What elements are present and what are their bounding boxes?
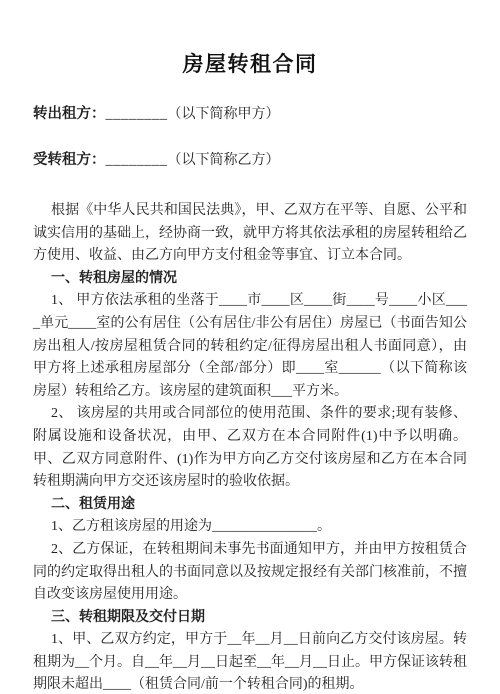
party-line-lessor: 转出租方：________（以下简称甲方）: [33, 104, 467, 125]
section-heading-3: 三、转租期限及交付日期: [33, 607, 467, 630]
page-number: 2: [0, 655, 500, 667]
contract-paragraph: 1、 甲方依法承租的坐落于____市____区____街____号____小区_…: [33, 290, 467, 403]
party-lessor-note: （以下简称甲方）: [168, 107, 280, 122]
contract-paragraph: 2、 该房屋的共用或合同部位的使用范围、条件的要求;现有装修、附属设施和设备状况…: [33, 403, 467, 493]
party-lessee-blank-line: ________: [106, 152, 168, 168]
party-lessee-note: （以下简称乙方）: [168, 153, 280, 168]
document-title: 房屋转租合同: [33, 52, 467, 78]
preamble-paragraph: 根据《中华人民共和国民法典》，甲、乙双方在平等、自愿、公平和诚实信用的基础上，经…: [33, 200, 467, 268]
section-heading-2: 二、租赁用途: [33, 494, 467, 517]
party-line-lessee: 受转租方：________（以下简称乙方）: [33, 150, 467, 171]
contract-page: 房屋转租合同 转出租方：________（以下简称甲方） 受转租方：______…: [0, 0, 500, 694]
party-lessor-blank-line: ________: [106, 106, 168, 122]
section-heading-1: 一、转租房屋的情况: [33, 268, 467, 291]
contract-paragraph: 2、乙方保证，在转租期间未事先书面通知甲方，并由甲方按租赁合同的约定取得出租人的…: [33, 539, 467, 607]
party-lessee-label: 受转租方：: [33, 152, 106, 168]
party-lessor-label: 转出租方：: [33, 106, 106, 122]
contract-paragraph: 1、乙方租该房屋的用途为_______________。: [33, 516, 467, 539]
contract-body: 根据《中华人民共和国民法典》，甲、乙双方在平等、自愿、公平和诚实信用的基础上，经…: [33, 200, 467, 694]
